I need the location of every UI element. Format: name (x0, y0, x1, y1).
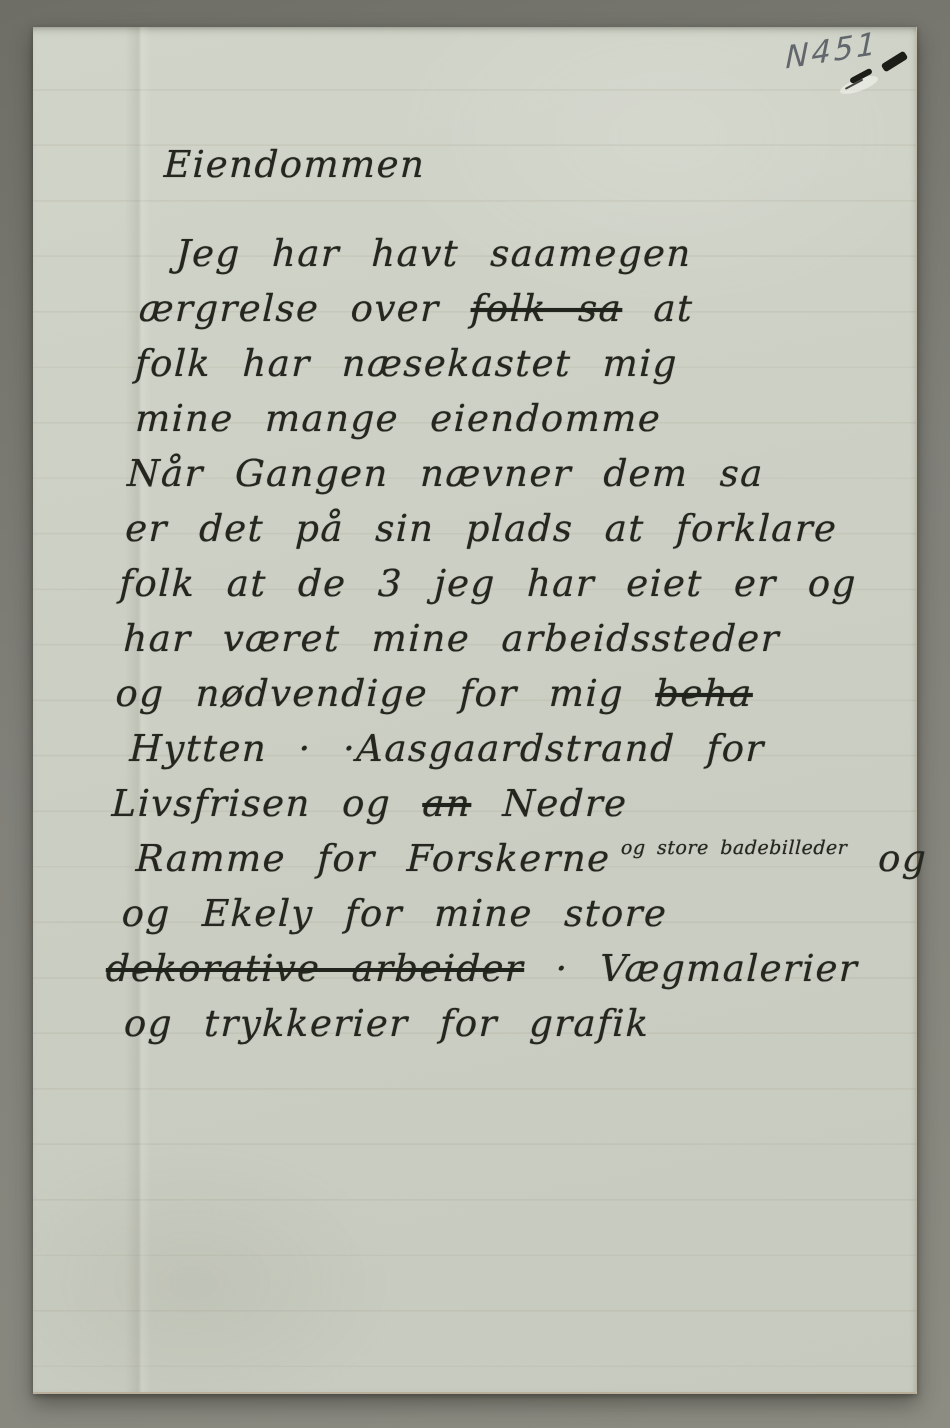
text-segment: har været mine arbeidssteder (123, 617, 781, 660)
struck-text-segment: folk sa (470, 287, 623, 330)
text-segment: og trykkerier for grafik (123, 1002, 650, 1045)
manuscript-line: Ramme for Forskerneog store badebilleder… (135, 831, 860, 886)
text-segment: og nødvendige for mig (115, 672, 656, 715)
manuscript-line: mine mange eiendomme (134, 391, 875, 446)
manuscript-line: Når Gangen nævner dem sa (126, 446, 873, 501)
manuscript-line: folk har næsekastet mig (134, 336, 877, 391)
handwritten-text-block: Eiendommen Jeg har havt saamegenærgrelse… (103, 137, 884, 1051)
manuscript-lines: Jeg har havt saamegenærgrelse over folk … (103, 226, 881, 1051)
text-segment: Jeg har havt saamegen (175, 232, 692, 275)
manuscript-line: og trykkerier for grafik (123, 996, 854, 1051)
manuscript-line: og Ekely for mine store (121, 886, 858, 941)
text-segment: Hytten · ·Aasgaardstrand for (129, 727, 766, 770)
manuscript-page: N451 Eiendommen Jeg har havt saamegenærg… (33, 27, 917, 1394)
manuscript-line: ærgrelse over folk sa at (138, 281, 879, 336)
manuscript-line: har været mine arbeidssteder (122, 611, 867, 666)
inserted-text-segment: og store badebilleder (621, 838, 848, 858)
text-segment: folk har næsekastet mig (134, 342, 678, 385)
text-segment: er det på sin plads at forklare (125, 507, 839, 550)
text-segment: Livsfrisen og (111, 782, 423, 825)
manuscript-line: Livsfrisen og an Nedre (111, 776, 862, 831)
ink-mark (881, 51, 909, 73)
text-segment: og Ekely for mine store (121, 892, 668, 935)
text-segment: ærgrelse over (138, 287, 471, 330)
text-segment: at (622, 287, 695, 330)
struck-text-segment: an (422, 782, 472, 825)
text-segment: Når Gangen nævner dem sa (126, 452, 764, 495)
manuscript-line: Jeg har havt saamegen (175, 226, 881, 281)
text-segment: · Vægmalerier (523, 947, 859, 990)
manuscript-line: og nødvendige for mig beha (115, 666, 866, 721)
text-segment: og (846, 837, 928, 880)
manuscript-line: folk at de 3 jeg har eiet er og (118, 556, 869, 611)
struck-text-segment: dekorative arbeider (105, 947, 525, 990)
manuscript-line: er det på sin plads at forklare (124, 501, 871, 556)
struck-text-segment: beha (655, 672, 754, 715)
manuscript-line: dekorative arbeider · Vægmalerier (105, 941, 856, 996)
manuscript-line: Hytten · ·Aasgaardstrand for (129, 721, 864, 776)
text-segment: Nedre (471, 782, 629, 825)
text-segment: mine mange eiendomme (134, 397, 662, 440)
text-segment: folk at de 3 jeg har eiet er og (119, 562, 858, 605)
manuscript-title: Eiendommen (163, 137, 884, 192)
text-segment: Ramme for Forskerne (135, 837, 611, 880)
